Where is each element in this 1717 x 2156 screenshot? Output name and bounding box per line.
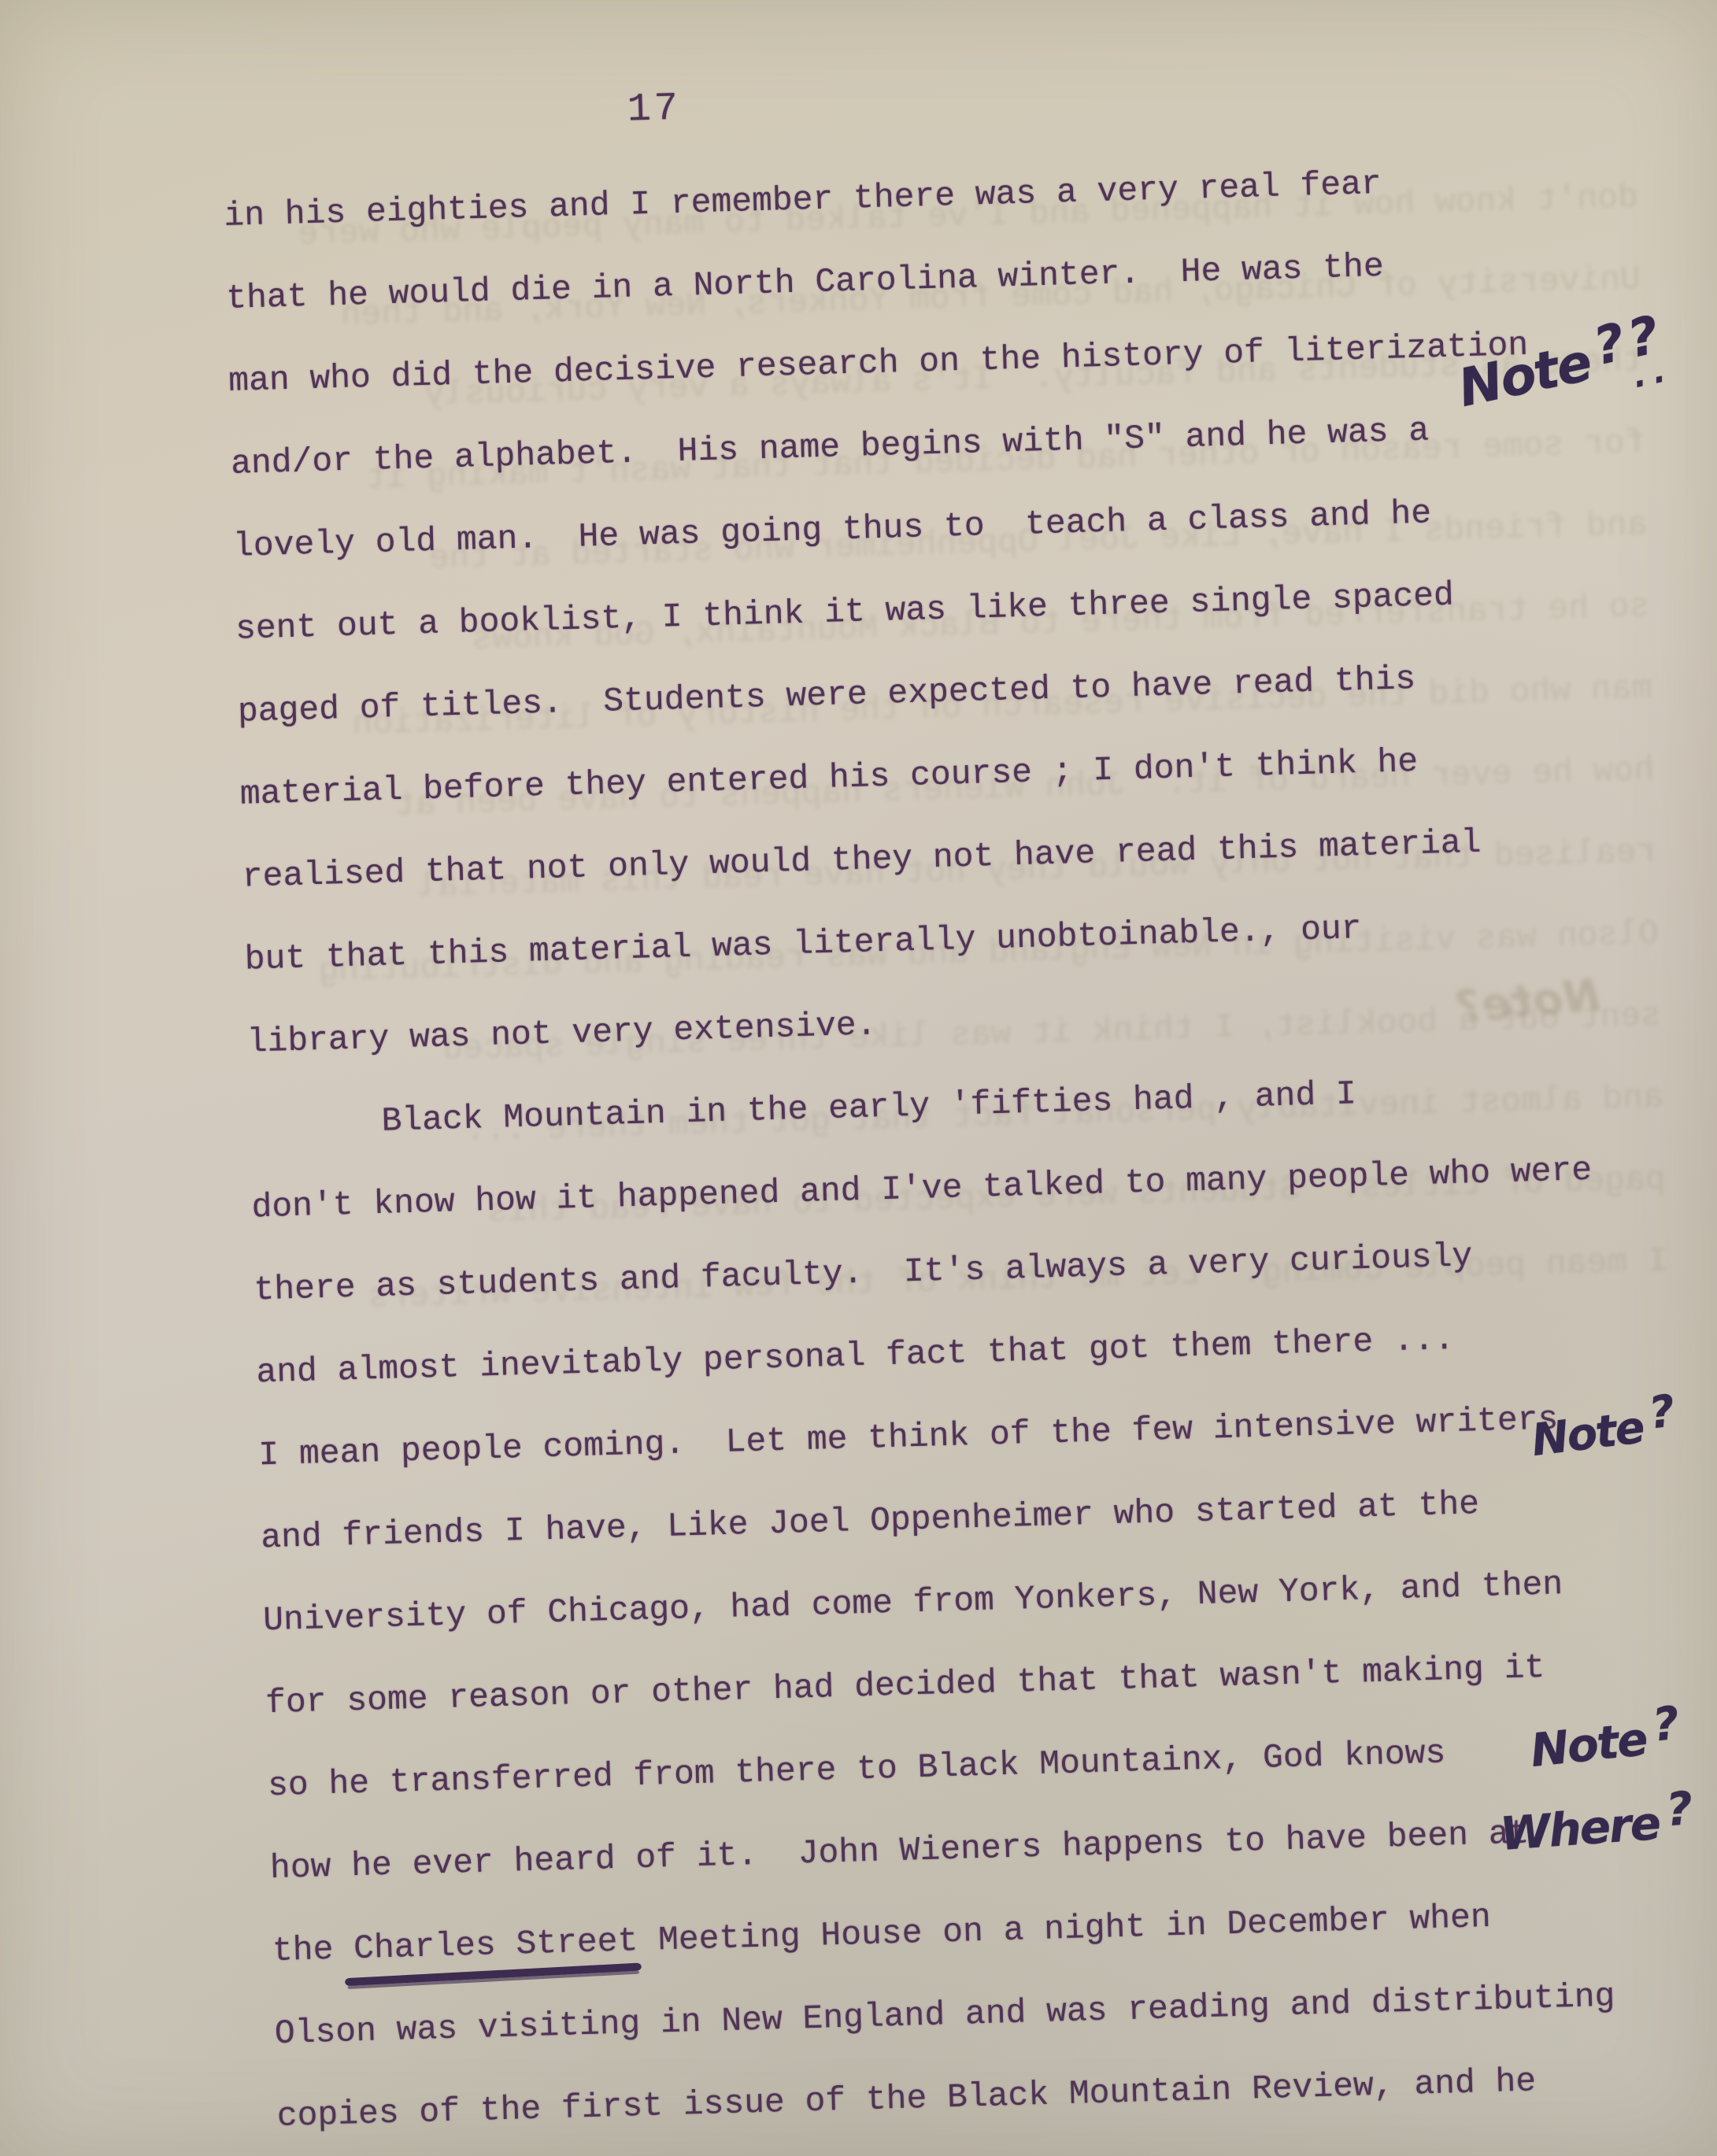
page-number: 17 — [626, 68, 682, 152]
scanned-typescript-page: don't know how it happened and I've talk… — [0, 0, 1717, 2156]
note-question-mark: ? — [1650, 1696, 1687, 1752]
hand-underlined-phrase: Charles Street — [353, 1921, 638, 1968]
where-question-mark: ? — [1664, 1781, 1699, 1837]
note-question-mark: ? — [1646, 1385, 1682, 1439]
typescript-block: 17 in his eighties and I remember there … — [223, 135, 1717, 2156]
line-post-text: Meeting House on a night in December whe… — [638, 1898, 1492, 1960]
line-pre-text: the — [272, 1929, 354, 1970]
where-word: Where — [1498, 1796, 1661, 1861]
